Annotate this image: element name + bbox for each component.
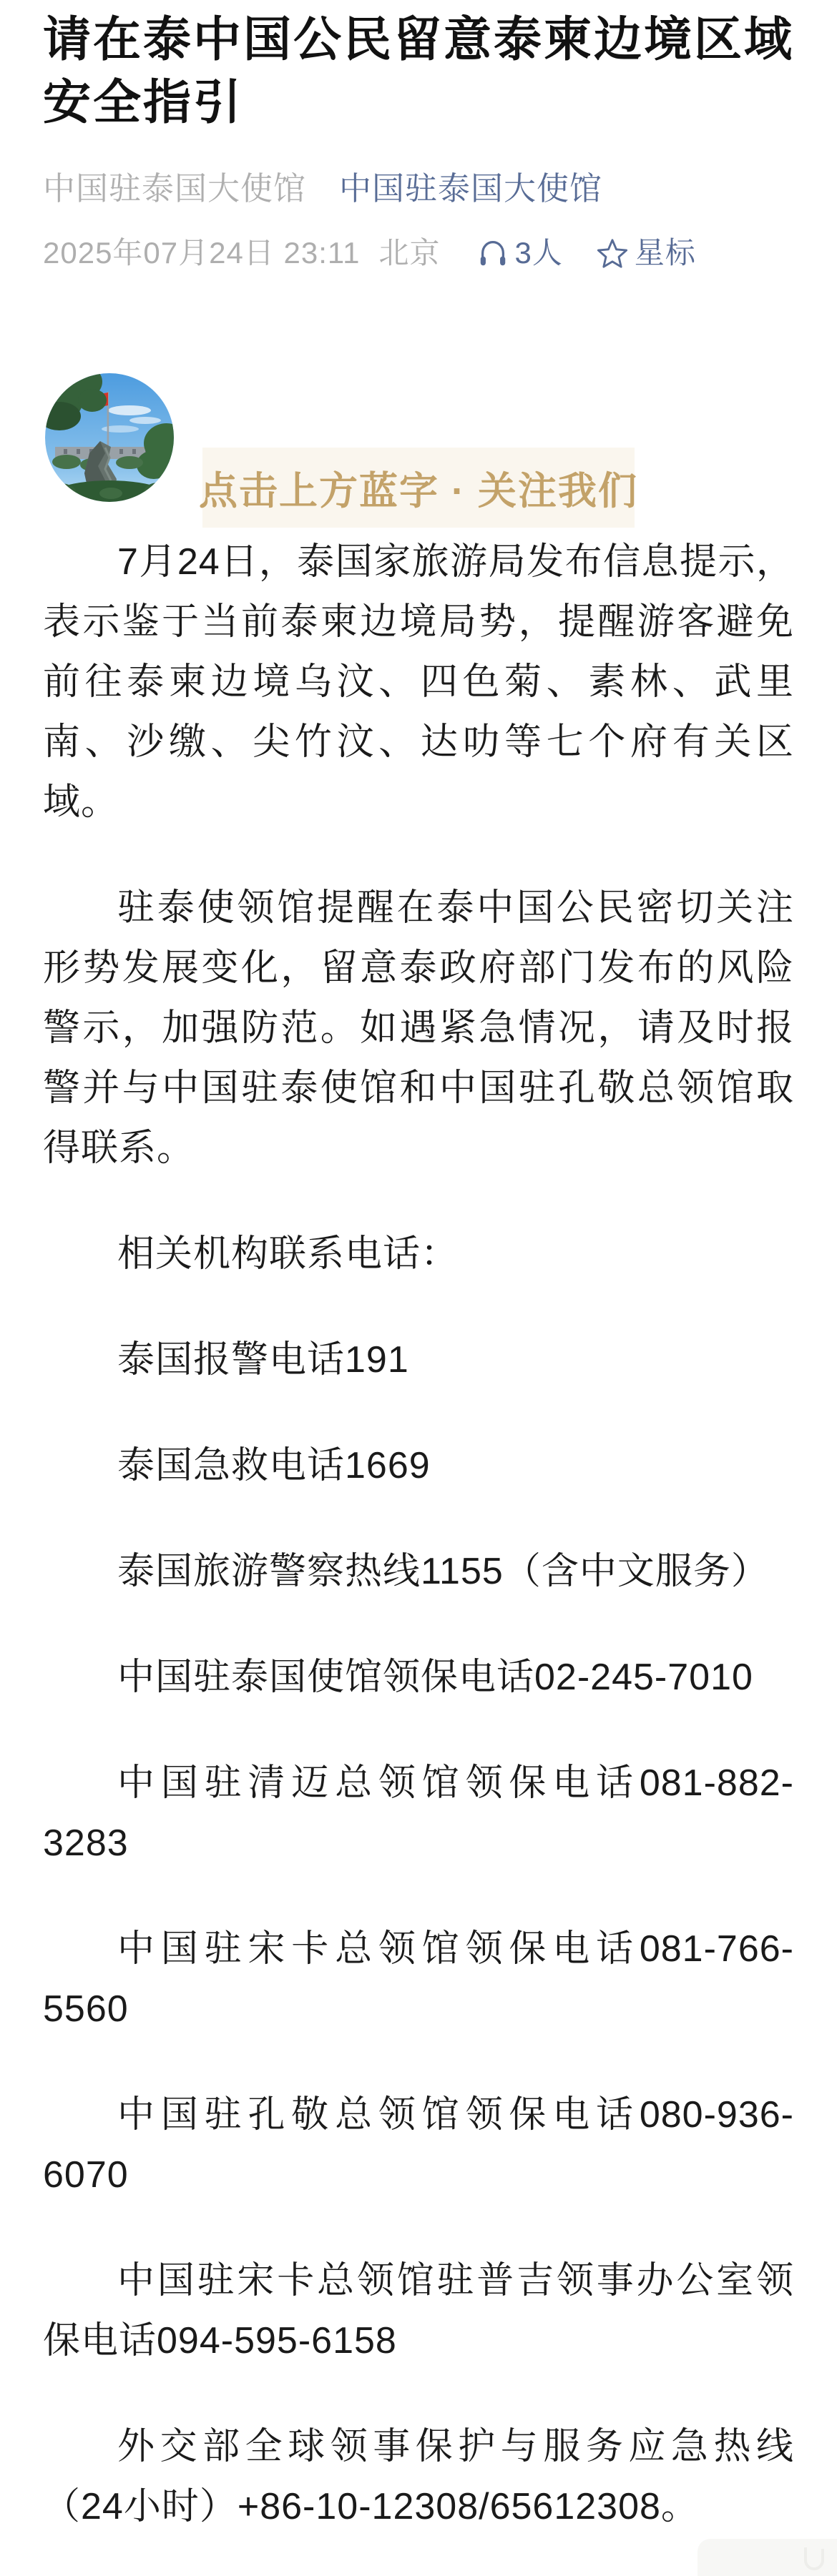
- wechat-article-page: { "page": { "background": "#ffffff", "ac…: [0, 0, 837, 2576]
- hero-block: 点击上方蓝字 · 关注我们: [43, 373, 794, 532]
- article-body: 7月24日，泰国家旅游局发布信息提示，表示鉴于当前泰柬边境局势，提醒游客避免前往…: [43, 532, 794, 2537]
- star-button[interactable]: 星标: [596, 235, 696, 272]
- listen-button[interactable]: 3人: [476, 235, 563, 272]
- article-title: 请在泰中国公民留意泰柬边境区域安全指引: [43, 9, 794, 134]
- paragraph: 相关机构联系电话：: [43, 1224, 794, 1284]
- star-label: 星标: [635, 235, 696, 272]
- article-container: 请在泰中国公民留意泰柬边境区域安全指引 中国驻泰国大使馆 中国驻泰国大使馆 20…: [0, 9, 837, 2537]
- account-link[interactable]: 中国驻泰国大使馆: [339, 170, 602, 207]
- paragraph: 中国驻宋卡总领馆领保电话081-766-5560: [43, 1919, 794, 2039]
- author-name: 中国驻泰国大使馆: [43, 170, 306, 207]
- paragraph: 泰国急救电话1669: [43, 1436, 794, 1496]
- paragraph: 中国驻宋卡总领馆驻普吉领事办公室领保电话094-595-6158: [43, 2251, 794, 2371]
- next-content-edge: [697, 2539, 837, 2576]
- paragraph: 中国驻清迈总领馆领保电话081-882-3283: [43, 1753, 794, 1873]
- meta-row: 2025年07月24日 23:11 北京 3人 星标: [43, 235, 794, 272]
- paragraph: 7月24日，泰国家旅游局发布信息提示，表示鉴于当前泰柬边境局势，提醒游客避免前往…: [43, 532, 794, 832]
- paragraph: 驻泰使领馆提醒在泰中国公民密切关注形势发展变化，留意泰政府部门发布的风险警示，加…: [43, 878, 794, 1178]
- byline: 中国驻泰国大使馆 中国驻泰国大使馆: [43, 170, 794, 207]
- star-icon: [596, 237, 629, 270]
- headphones-icon: [476, 237, 509, 270]
- follow-banner[interactable]: 点击上方蓝字 · 关注我们: [202, 448, 635, 528]
- paragraph: 中国驻孔敬总领馆领保电话080-936-6070: [43, 2085, 794, 2205]
- paragraph: 中国驻泰国使馆领保电话02-245-7010: [43, 1647, 794, 1707]
- faint-curve-mark: [803, 2543, 831, 2572]
- publish-location: 北京: [379, 235, 441, 272]
- avatar-photo: [45, 373, 174, 502]
- publish-datetime: 2025年07月24日 23:11: [43, 235, 361, 272]
- paragraph: 泰国报警电话191: [43, 1330, 794, 1390]
- listener-count: 3人: [515, 235, 563, 272]
- paragraph: 外交部全球领事保护与服务应急热线（24小时）+86-10-12308/65612…: [43, 2417, 794, 2537]
- account-avatar[interactable]: [45, 373, 174, 502]
- paragraph: 泰国旅游警察热线1155（含中文服务）: [43, 1541, 794, 1602]
